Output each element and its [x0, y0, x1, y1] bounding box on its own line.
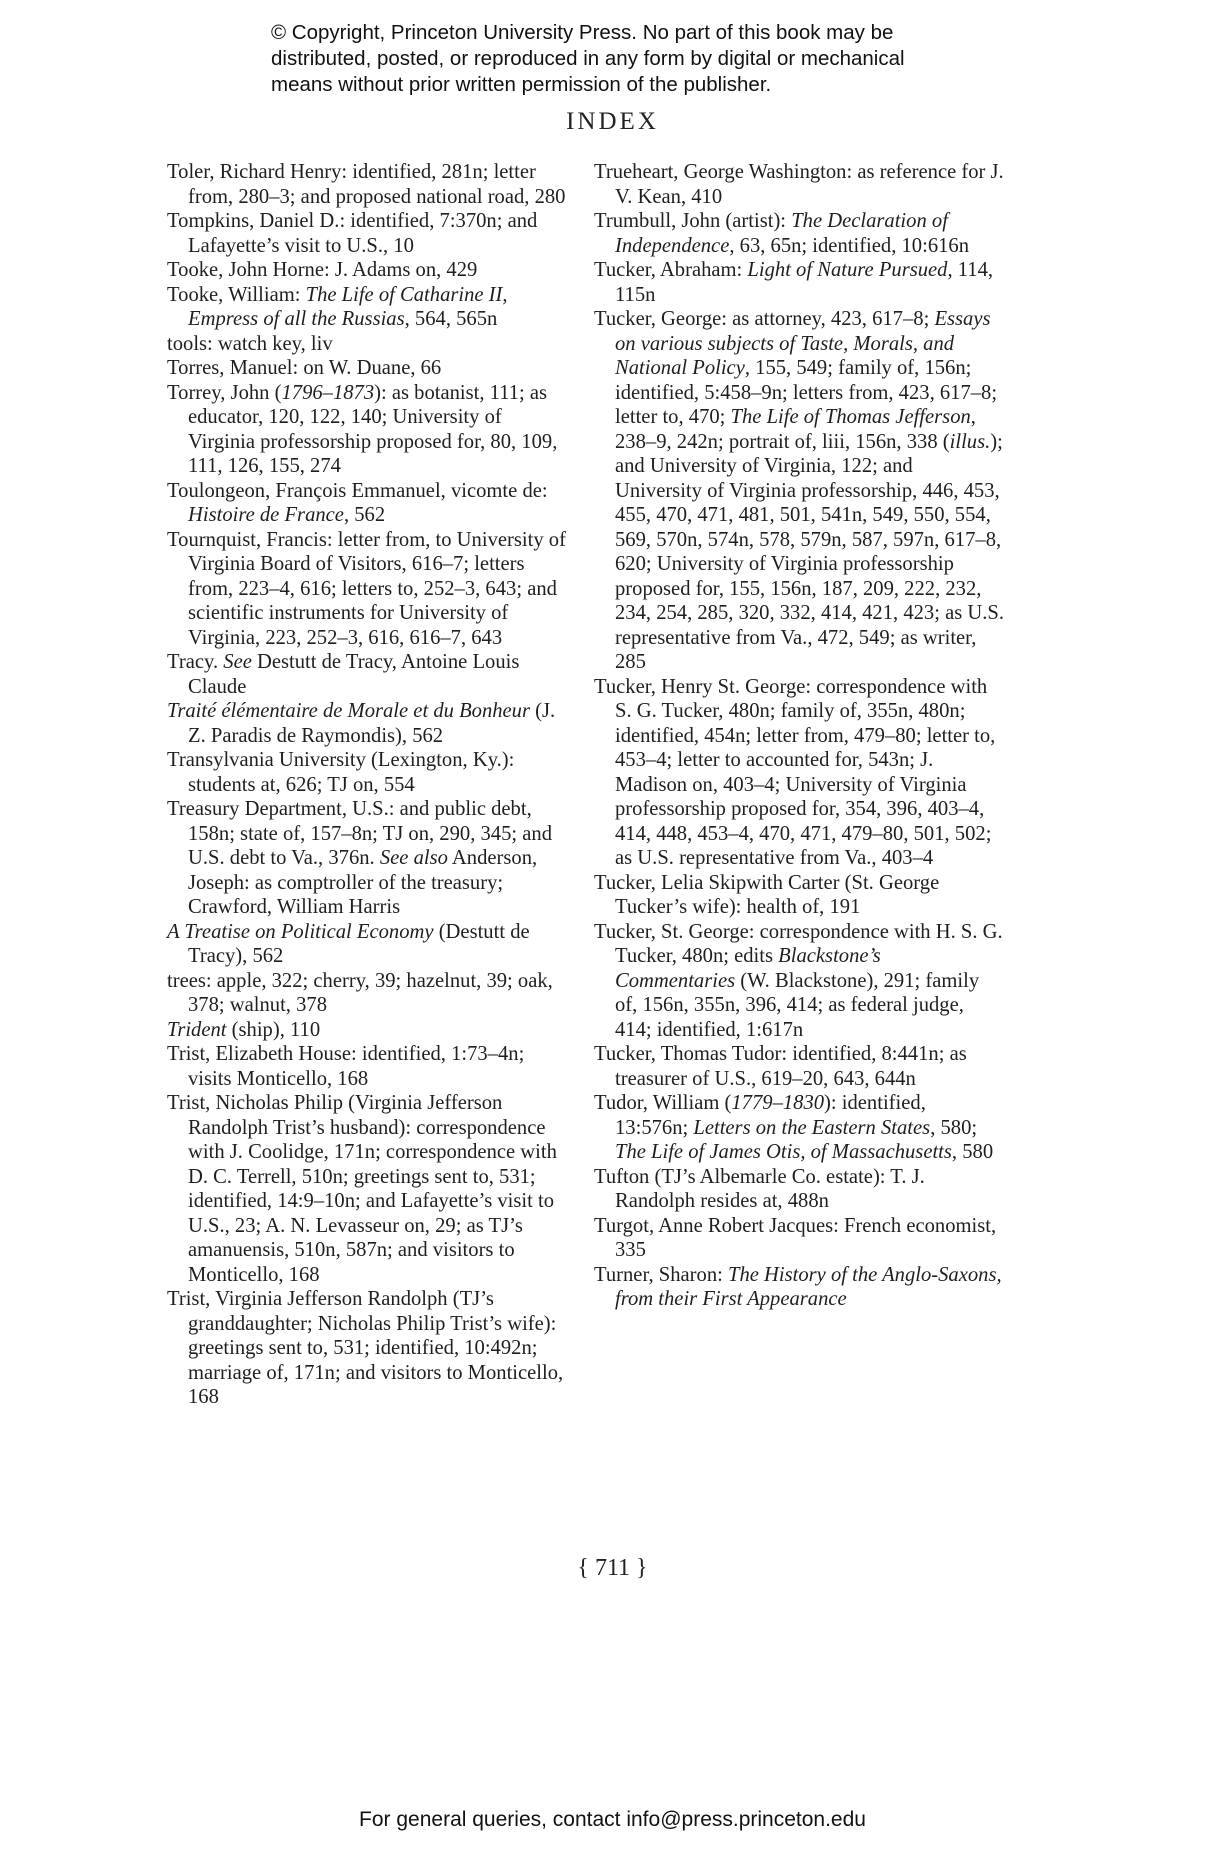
- index-entry-text: (ship), 110: [227, 1019, 321, 1041]
- copyright-line: means without prior written permission o…: [271, 72, 991, 98]
- index-entry: Torrey, John (1796–1873): as botanist, 1…: [167, 381, 572, 479]
- index-entry-text: , 564, 565n: [405, 308, 498, 330]
- index-entry: Tucker, Abraham: Light of Nature Pursued…: [594, 258, 1004, 307]
- index-entry-text: Toulongeon, François Emmanuel, vicomte d…: [167, 480, 548, 502]
- index-entry-text: Trist, Virginia Jefferson Randolph (TJ’s…: [167, 1288, 563, 1408]
- index-entry: Tournquist, Francis: letter from, to Uni…: [167, 528, 572, 651]
- index-entry: Trueheart, George Washington: as referen…: [594, 160, 1004, 209]
- index-entry: Tufton (TJ’s Albemarle Co. estate): T. J…: [594, 1165, 1004, 1214]
- index-entry-text: Trist, Elizabeth House: identified, 1:73…: [167, 1043, 524, 1090]
- index-entry: Turner, Sharon: The History of the Anglo…: [594, 1263, 1004, 1312]
- index-entry-text: Turgot, Anne Robert Jacques: French econ…: [594, 1215, 996, 1262]
- index-entry: tools: watch key, liv: [167, 332, 572, 357]
- index-entry-italic-text: Traité élémentaire de Morale et du Bonhe…: [167, 700, 530, 722]
- index-entry-text: , 580: [952, 1141, 993, 1163]
- index-entry: Transylvania University (Lexington, Ky.)…: [167, 748, 572, 797]
- index-entry-text: Tucker, Abraham:: [594, 259, 747, 281]
- index-entry-italic-text: The Life of James Otis, of Massachusetts: [615, 1141, 952, 1163]
- index-entry: Tooke, William: The Life of Catharine II…: [167, 283, 572, 332]
- index-entry-italic-text: Trident: [167, 1019, 227, 1041]
- page-number: { 711 }: [0, 1555, 1225, 1582]
- index-entry: Tucker, St. George: correspondence with …: [594, 920, 1004, 1043]
- index-entry: Tucker, Lelia Skipwith Carter (St. Georg…: [594, 871, 1004, 920]
- index-entry: Toler, Richard Henry: identified, 281n; …: [167, 160, 572, 209]
- index-entry-text: Tucker, Thomas Tudor: identified, 8:441n…: [594, 1043, 967, 1090]
- index-entry-text: , 63, 65n; identified, 10:616n: [729, 235, 969, 257]
- index-entry-text: , 562: [344, 504, 385, 526]
- index-entry-italic-text: The Life of Thomas Jefferson: [731, 406, 971, 428]
- index-entry: Tracy. See Destutt de Tracy, Antoine Lou…: [167, 650, 572, 699]
- index-entry-italic-text: Light of Nature Pursued: [747, 259, 947, 281]
- index-entry: Tucker, Thomas Tudor: identified, 8:441n…: [594, 1042, 1004, 1091]
- index-column-left: Toler, Richard Henry: identified, 281n; …: [167, 160, 572, 1410]
- index-entry-italic-text: 1779–1830: [731, 1092, 824, 1114]
- index-entry-text: Tracy.: [167, 651, 223, 673]
- index-entry: Trist, Nicholas Philip (Virginia Jeffers…: [167, 1091, 572, 1287]
- copyright-line: distributed, posted, or reproduced in an…: [271, 46, 991, 72]
- index-entry-text: Turner, Sharon:: [594, 1264, 728, 1286]
- index-entry: Tucker, Henry St. George: correspondence…: [594, 675, 1004, 871]
- index-entry-text: Tooke, William:: [167, 284, 306, 306]
- index-entry-text: Torres, Manuel: on W. Duane, 66: [167, 357, 441, 379]
- index-entry-text: Trueheart, George Washington: as referen…: [594, 161, 1004, 208]
- index-entry: Trist, Elizabeth House: identified, 1:73…: [167, 1042, 572, 1091]
- index-entry-text: Tucker, Lelia Skipwith Carter (St. Georg…: [594, 872, 939, 919]
- index-entry-italic-text: 1796–1873: [281, 382, 374, 404]
- index-entry: Trident (ship), 110: [167, 1018, 572, 1043]
- index-entry-text: Tucker, George: as attorney, 423, 617–8;: [594, 308, 934, 330]
- index-entry-italic-text: A Treatise on Political Economy: [167, 921, 434, 943]
- index-entry-text: ); and University of Virginia, 122; and …: [615, 431, 1004, 674]
- index-entry-text: Toler, Richard Henry: identified, 281n; …: [167, 161, 565, 208]
- index-entry: Tudor, William (1779–1830): identified, …: [594, 1091, 1004, 1165]
- index-entry-text: Transylvania University (Lexington, Ky.)…: [167, 749, 514, 796]
- index-entry: Trumbull, John (artist): The Declaration…: [594, 209, 1004, 258]
- index-entry-text: Tompkins, Daniel D.: identified, 7:370n;…: [167, 210, 537, 257]
- index-entry-text: Trumbull, John (artist):: [594, 210, 791, 232]
- index-entry-text: Tooke, John Horne: J. Adams on, 429: [167, 259, 477, 281]
- index-entry-italic-text: Histoire de France: [188, 504, 344, 526]
- index-entry-text: , 580;: [930, 1117, 977, 1139]
- index-entry-text: tools: watch key, liv: [167, 333, 333, 355]
- index-entry: A Treatise on Political Economy (Destutt…: [167, 920, 572, 969]
- copyright-notice: © Copyright, Princeton University Press.…: [271, 20, 991, 98]
- index-entry-text: Tucker, Henry St. George: correspondence…: [594, 676, 995, 870]
- index-entry: Toulongeon, François Emmanuel, vicomte d…: [167, 479, 572, 528]
- index-entry-text: Trist, Nicholas Philip (Virginia Jeffers…: [167, 1092, 557, 1286]
- index-entry-text: Torrey, John (: [167, 382, 281, 404]
- index-entry-italic-text: See: [223, 651, 252, 673]
- index-entry: Tooke, John Horne: J. Adams on, 429: [167, 258, 572, 283]
- index-entry: Torres, Manuel: on W. Duane, 66: [167, 356, 572, 381]
- index-entry: Tompkins, Daniel D.: identified, 7:370n;…: [167, 209, 572, 258]
- index-entry-text: Tudor, William (: [594, 1092, 731, 1114]
- page-title: INDEX: [0, 108, 1225, 136]
- index-entry: Trist, Virginia Jefferson Randolph (TJ’s…: [167, 1287, 572, 1410]
- index-entry: Turgot, Anne Robert Jacques: French econ…: [594, 1214, 1004, 1263]
- index-column-right: Trueheart, George Washington: as referen…: [594, 160, 1004, 1312]
- index-entry-text: trees: apple, 322; cherry, 39; hazelnut,…: [167, 970, 553, 1017]
- index-entry-text: Tournquist, Francis: letter from, to Uni…: [167, 529, 566, 649]
- index-entry-italic-text: See also: [380, 847, 448, 869]
- copyright-line: © Copyright, Princeton University Press.…: [271, 20, 991, 46]
- index-entry: trees: apple, 322; cherry, 39; hazelnut,…: [167, 969, 572, 1018]
- index-entry-italic-text: illus.: [950, 431, 991, 453]
- index-entry-italic-text: Letters on the Eastern States: [693, 1117, 930, 1139]
- index-entry: Traité élémentaire de Morale et du Bonhe…: [167, 699, 572, 748]
- index-entry-text: Tufton (TJ’s Albemarle Co. estate): T. J…: [594, 1166, 925, 1213]
- index-entry: Tucker, George: as attorney, 423, 617–8;…: [594, 307, 1004, 675]
- index-entry: Treasury Department, U.S.: and public de…: [167, 797, 572, 920]
- contact-footer: For general queries, contact info@press.…: [0, 1808, 1225, 1832]
